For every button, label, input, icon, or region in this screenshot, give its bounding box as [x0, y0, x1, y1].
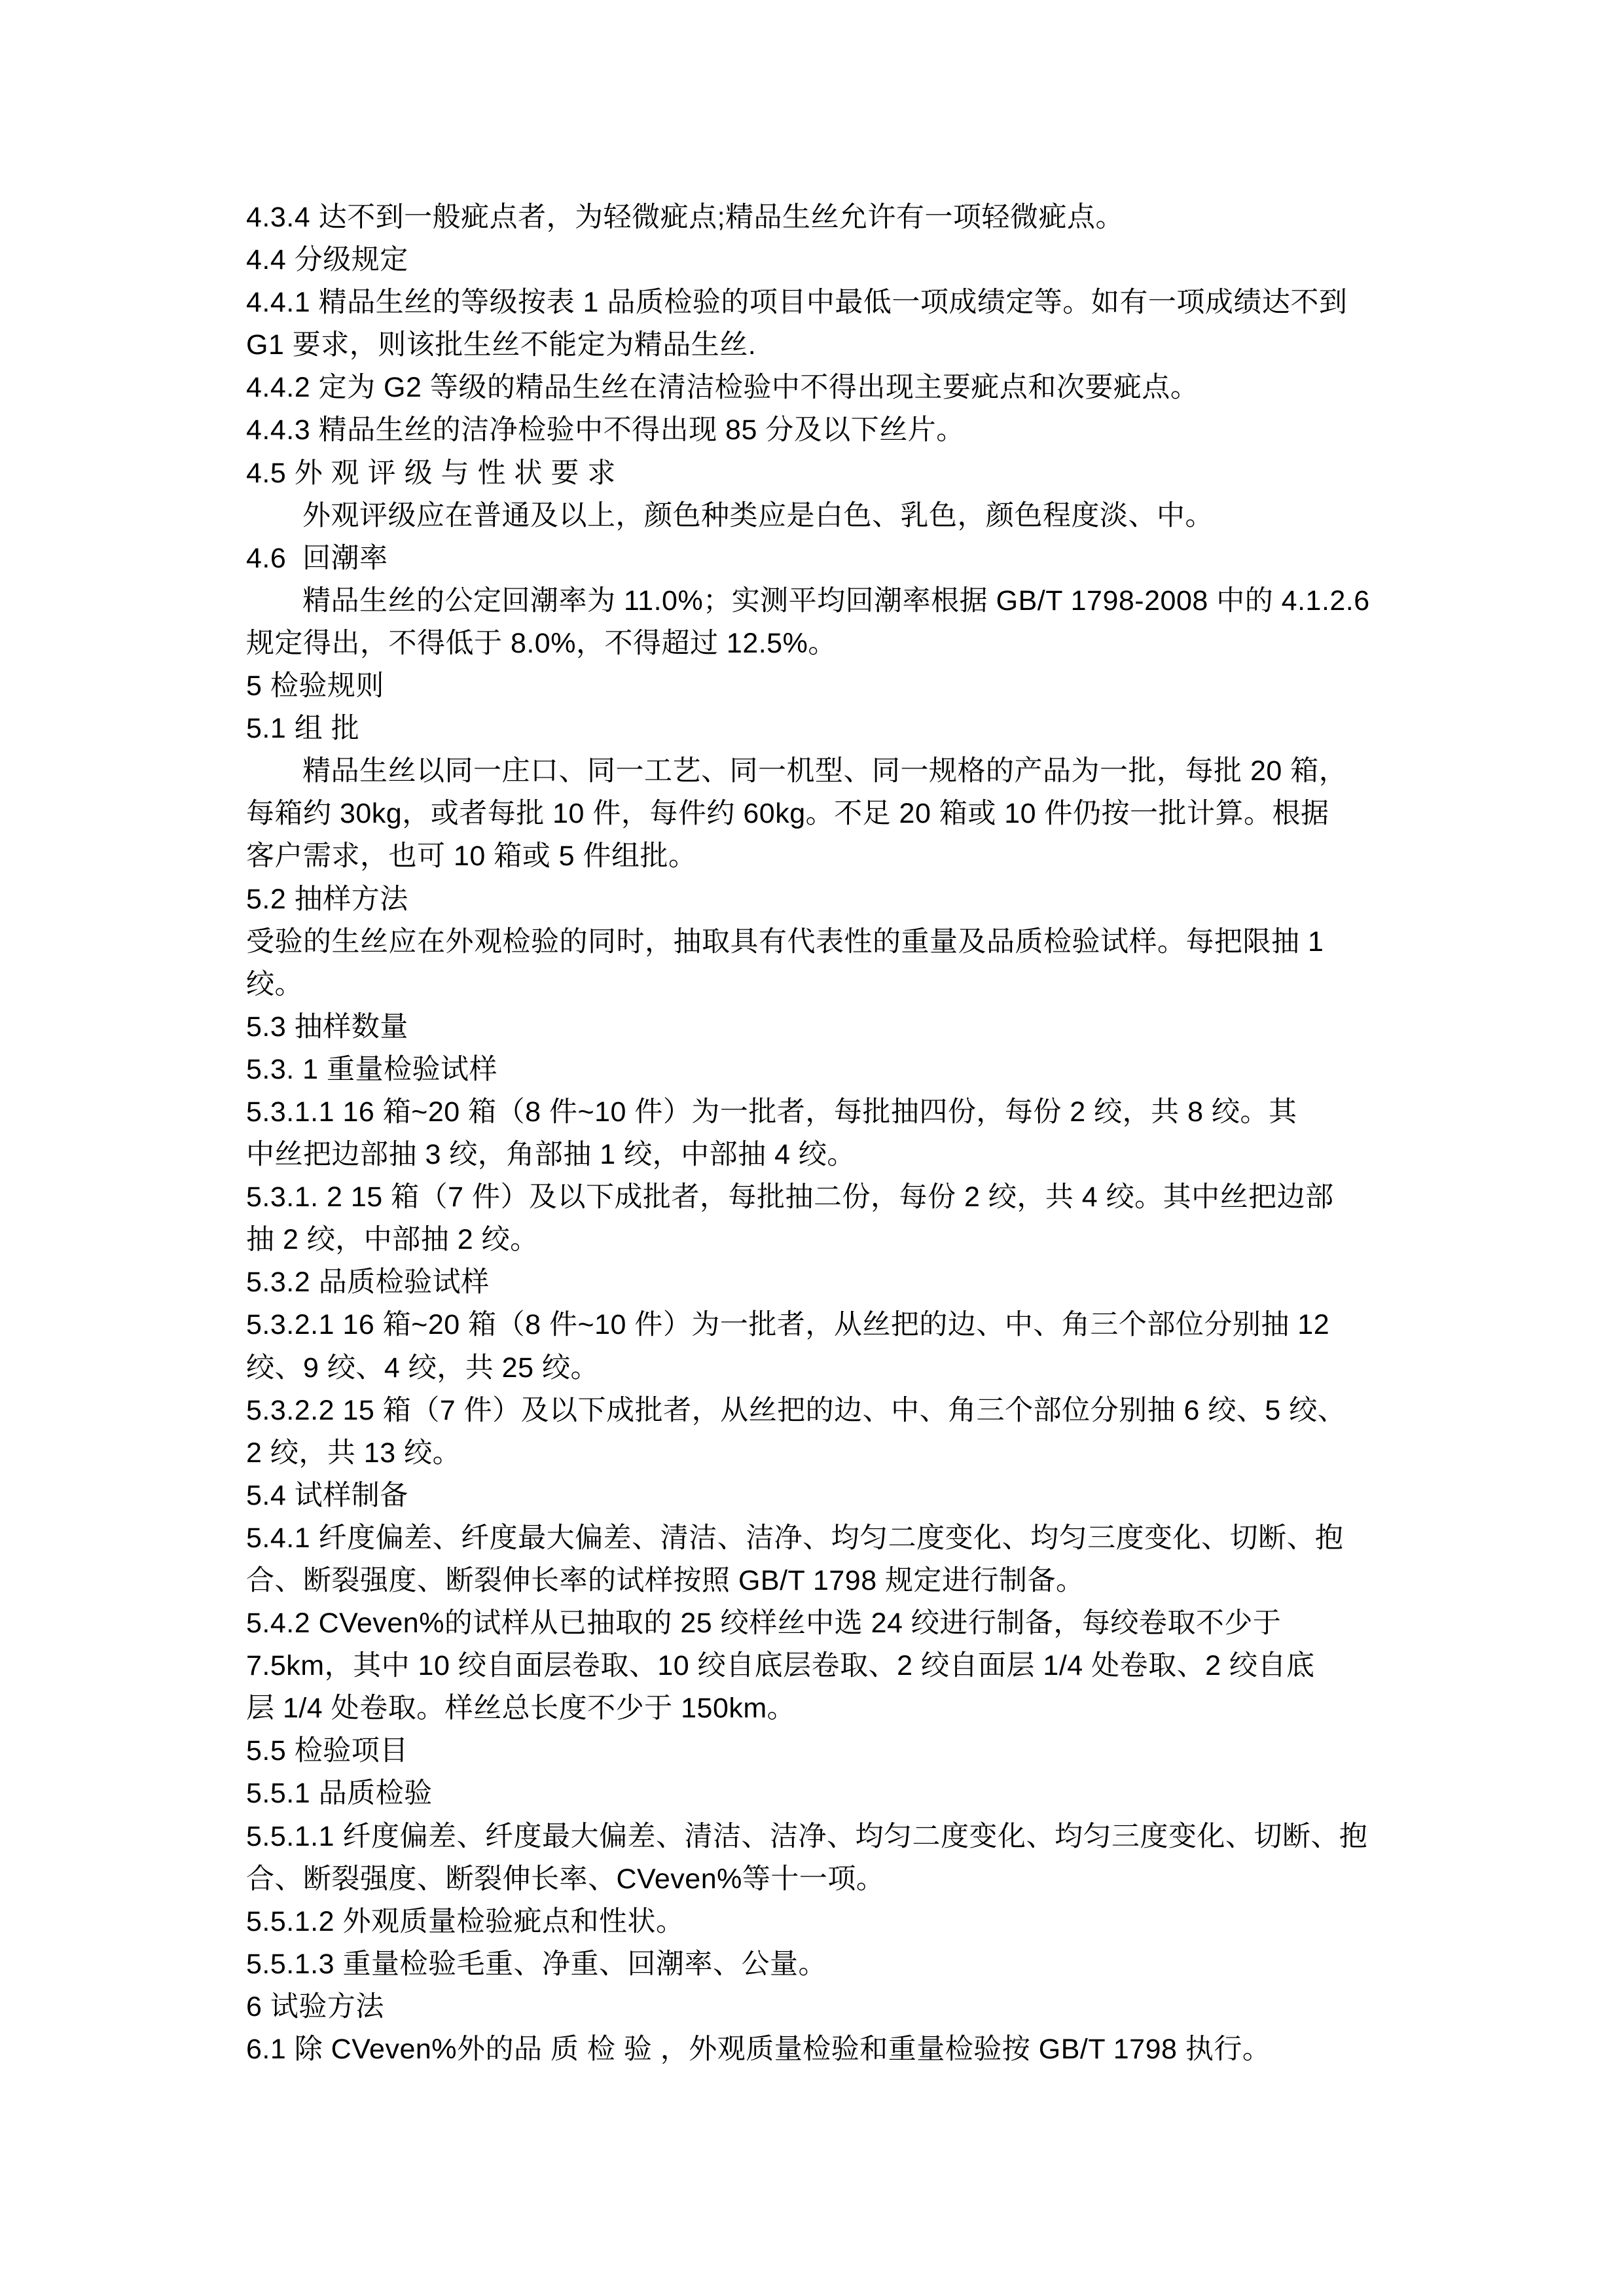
text-line: 精品生丝以同一庄口、同一工艺、同一机型、同一规格的产品为一批，每批 20 箱，: [246, 750, 1411, 793]
text-line: 绞、9 绞、4 绞，共 25 绞。: [246, 1347, 1411, 1390]
text-line: 5.2 抽样方法: [246, 878, 1411, 921]
text-line: 5.5 检验项目: [246, 1730, 1411, 1772]
text-line: 5.1 组 批: [246, 708, 1411, 750]
text-line: 5.3.1. 2 15 箱（7 件）及以下成批者，每批抽二份，每份 2 绞，共 …: [246, 1176, 1411, 1219]
text-line: 规定得出，不得低于 8.0%，不得超过 12.5%。: [246, 622, 1411, 665]
text-line: 受验的生丝应在外观检验的同时，抽取具有代表性的重量及品质检验试样。每把限抽 1: [246, 921, 1411, 963]
text-line: 4.6 回潮率: [246, 537, 1411, 580]
text-line: 5.4.2 CVeven%的试样从已抽取的 25 绞样丝中选 24 绞进行制备，…: [246, 1602, 1411, 1645]
text-line: 6.1 除 CVeven%外的品 质 检 验 ，外观质量检验和重量检验按 GB/…: [246, 2028, 1411, 2071]
text-line: 中丝把边部抽 3 绞，角部抽 1 绞，中部抽 4 绞。: [246, 1134, 1411, 1176]
text-line: 5.4 试样制备: [246, 1475, 1411, 1517]
text-line: 5.3.2.2 15 箱（7 件）及以下成批者，从丝把的边、中、角三个部位分别抽…: [246, 1390, 1411, 1432]
text-line: 5.5.1.2 外观质量检验疵点和性状。: [246, 1901, 1411, 1943]
text-line: 5.5.1.3 重量检验毛重、净重、回潮率、公量。: [246, 1943, 1411, 1986]
text-line: 2 绞，共 13 绞。: [246, 1432, 1411, 1475]
text-line: G1 要求，则该批生丝不能定为精品生丝.: [246, 324, 1411, 367]
text-line: 5.3.2 品质检验试样: [246, 1261, 1411, 1304]
text-line: 绞。: [246, 963, 1411, 1006]
text-line: 合、断裂强度、断裂伸长率的试样按照 GB/T 1798 规定进行制备。: [246, 1560, 1411, 1602]
text-line: 4.4.2 定为 G2 等级的精品生丝在清洁检验中不得出现主要疵点和次要疵点。: [246, 367, 1411, 409]
document-page: 4.3.4 达不到一般疵点者，为轻微疵点;精品生丝允许有一项轻微疵点。4.4 分…: [246, 196, 1411, 2071]
text-line: 5.3.1.1 16 箱~20 箱（8 件~10 件）为一批者，每批抽四份，每份…: [246, 1091, 1411, 1134]
text-line: 5.3 抽样数量: [246, 1006, 1411, 1049]
text-line: 层 1/4 处卷取。样丝总长度不少于 150km。: [246, 1687, 1411, 1730]
text-line: 5.3. 1 重量检验试样: [246, 1049, 1411, 1091]
text-line: 合、断裂强度、断裂伸长率、CVeven%等十一项。: [246, 1858, 1411, 1901]
text-line: 外观评级应在普通及以上，颜色种类应是白色、乳色，颜色程度淡、中。: [246, 495, 1411, 537]
text-line: 4.4.1 精品生丝的等级按表 1 品质检验的项目中最低一项成绩定等。如有一项成…: [246, 281, 1411, 324]
text-line: 5.3.2.1 16 箱~20 箱（8 件~10 件）为一批者，从丝把的边、中、…: [246, 1304, 1411, 1346]
text-line: 4.4.3 精品生丝的洁净检验中不得出现 85 分及以下丝片。: [246, 409, 1411, 452]
text-line: 客户需求，也可 10 箱或 5 件组批。: [246, 835, 1411, 878]
text-line: 4.5 外 观 评 级 与 性 状 要 求: [246, 452, 1411, 495]
text-line: 5.5.1 品质检验: [246, 1772, 1411, 1815]
text-line: 每箱约 30kg，或者每批 10 件，每件约 60kg。不足 20 箱或 10 …: [246, 793, 1411, 835]
text-line: 6 试验方法: [246, 1986, 1411, 2028]
text-line: 4.3.4 达不到一般疵点者，为轻微疵点;精品生丝允许有一项轻微疵点。: [246, 196, 1411, 239]
text-line: 5.5.1.1 纤度偏差、纤度最大偏差、清洁、洁净、均匀二度变化、均匀三度变化、…: [246, 1816, 1411, 1858]
text-line: 7.5km，其中 10 绞自面层卷取、10 绞自底层卷取、2 绞自面层 1/4 …: [246, 1645, 1411, 1687]
text-line: 精品生丝的公定回潮率为 11.0%；实测平均回潮率根据 GB/T 1798-20…: [246, 580, 1411, 622]
text-line: 5.4.1 纤度偏差、纤度最大偏差、清洁、洁净、均匀二度变化、均匀三度变化、切断…: [246, 1517, 1411, 1560]
text-line: 抽 2 绞，中部抽 2 绞。: [246, 1219, 1411, 1261]
text-line: 5 检验规则: [246, 665, 1411, 708]
text-line: 4.4 分级规定: [246, 239, 1411, 281]
